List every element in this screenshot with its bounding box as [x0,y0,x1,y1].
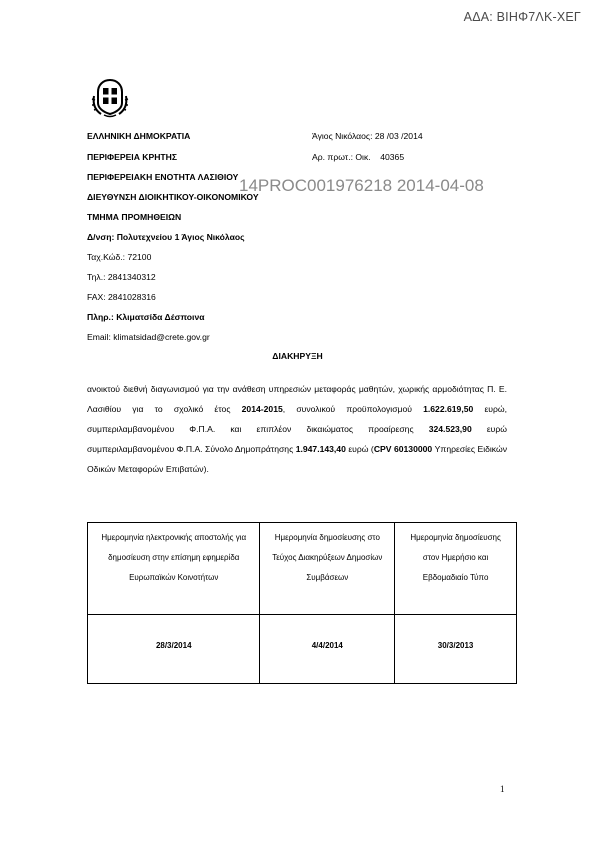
table-cell: 28/3/2014 [88,615,260,684]
document-date: Άγιος Νικόλαος: 28 /03 /2014 [312,131,423,141]
table-row: 28/3/2014 4/4/2014 30/3/2013 [88,615,517,684]
sender-line: Πληρ.: Κλιματσίδα Δέσποινα [87,312,205,322]
ada-code: ΑΔΑ: ΒΙΗΦ7ΛΚ-ΧΕΓ [464,10,581,24]
table-header-row: Ημερομηνία ηλεκτρονικής αποστολής για δη… [88,523,517,615]
sender-line: ΔΙΕΥΘΥΝΣΗ ΔΙΟΙΚΗΤΙΚΟΥ-ΟΙΚΟΝΟΜΙΚΟΥ [87,192,259,202]
document-title: ΔΙΑΚΗΡΥΞΗ [0,351,595,361]
table-header-cell: Ημερομηνία ηλεκτρονικής αποστολής για δη… [88,523,260,615]
sender-line: Τηλ.: 2841340312 [87,272,156,282]
cpv-code: CPV 60130000 [374,444,432,454]
protocol-label: Αρ. πρωτ.: Οικ. [312,152,371,162]
protocol-value: 40365 [380,152,404,162]
sender-line: FAX: 2841028316 [87,292,156,302]
total-amount: 1.947.143,40 [296,444,346,454]
table-cell: 30/3/2013 [395,615,517,684]
option-amount: 324.523,90 [429,424,472,434]
table-header-cell: Ημερομηνία δημοσίευσης στον Ημερήσιο και… [395,523,517,615]
protocol-number: Αρ. πρωτ.: Οικ. 40365 [312,152,404,162]
budget-amount: 1.622.619,50 [423,404,473,414]
watermark-stamp: 14PROC001976218 2014-04-08 [239,176,484,196]
sender-line: ΤΜΗΜΑ ΠΡΟΜΗΘΕΙΩΝ [87,212,181,222]
sender-line: Email: klimatsidad@crete.gov.gr [87,332,210,342]
sender-line: ΠΕΡΙΦΕΡΕΙΑΚΗ ΕΝΟΤΗΤΑ ΛΑΣΙΘΙΟΥ [87,172,238,182]
sender-line: ΠΕΡΙΦΕΡΕΙΑ ΚΡΗΤΗΣ [87,152,177,162]
publication-dates-table: Ημερομηνία ηλεκτρονικής αποστολής για δη… [87,522,517,684]
greek-emblem-icon [89,76,131,118]
body-paragraph: ανοικτού διεθνή διαγωνισμού για την ανάθ… [87,379,507,479]
school-year: 2014-2015 [242,404,283,414]
table-header-cell: Ημερομηνία δημοσίευσης στο Τεύχος Διακηρ… [260,523,395,615]
table-cell: 4/4/2014 [260,615,395,684]
page-number: 1 [500,784,505,794]
sender-line: Ταχ.Κώδ.: 72100 [87,252,151,262]
sender-line: Δ/νση: Πολυτεχνείου 1 Άγιος Νικόλαος [87,232,245,242]
sender-line: ΕΛΛΗΝΙΚΗ ΔΗΜΟΚΡΑΤΙΑ [87,131,190,141]
